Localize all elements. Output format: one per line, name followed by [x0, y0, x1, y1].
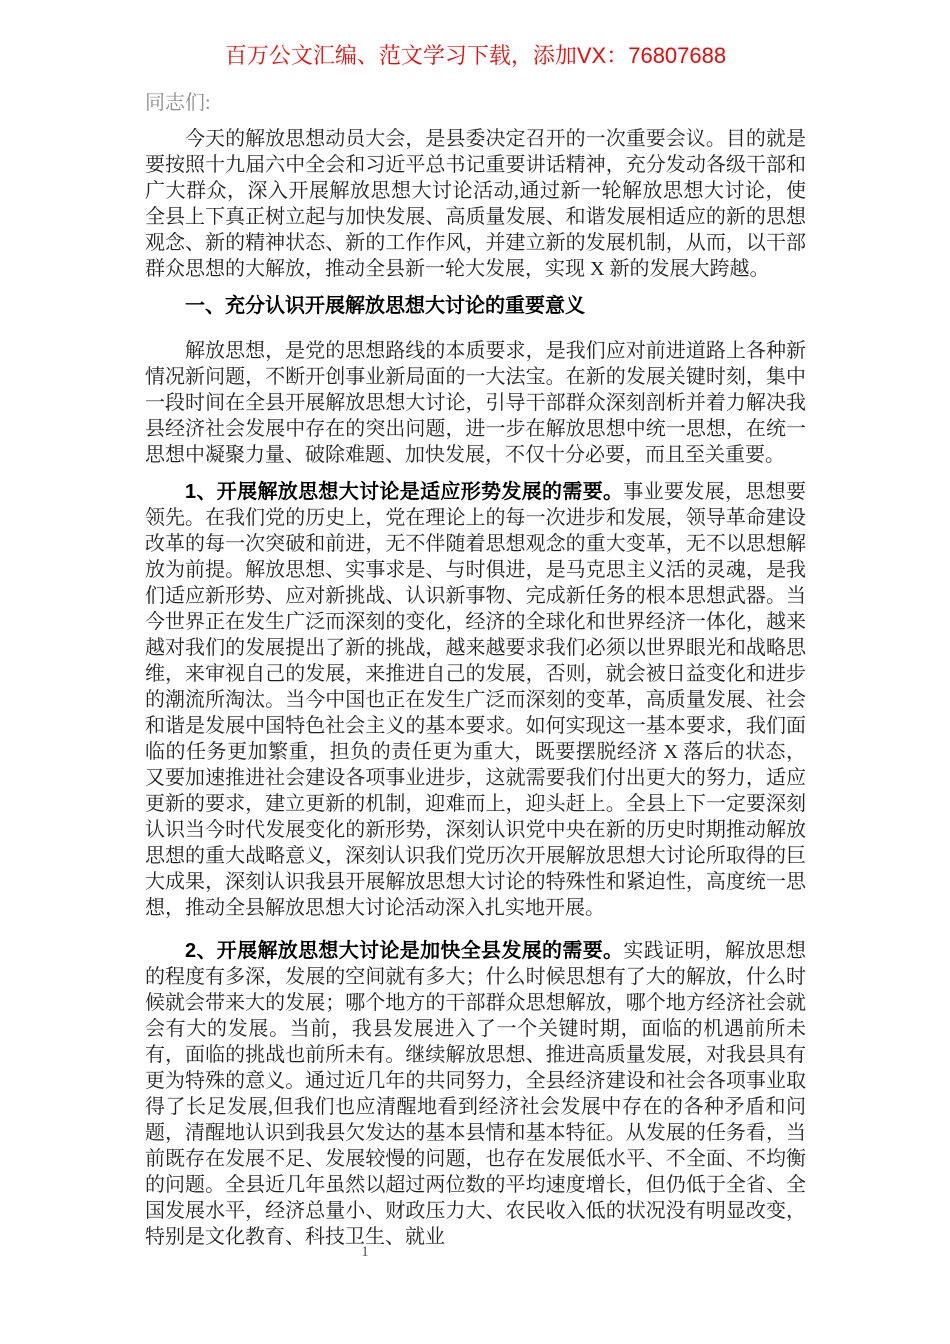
section1-heading: 一、充分认识开展解放思想大讨论的重要意义: [145, 293, 806, 319]
section1-lead-paragraph: 解放思想，是党的思想路线的本质要求，是我们应对前进道路上各种新情况新问题，不断开…: [145, 338, 806, 468]
intro-paragraph: 今天的解放思想动员大会，是县委决定召开的一次重要会议。目的就是要按照十九届六中全…: [145, 126, 806, 282]
page-number: 1: [350, 1242, 380, 1262]
point2-paragraph: 2、开展解放思想大讨论是加快全县发展的需要。实践证明，解放思想的程度有多深，发展…: [145, 938, 806, 1250]
watermark-notice: 百万公文汇编、范文学习下载，添加VX：76807688: [145, 42, 806, 70]
point2-body: 实践证明，解放思想的程度有多深，发展的空间就有多大；什么时候思想有了大的解放，什…: [145, 940, 806, 1248]
point1-lead: 1、开展解放思想大讨论是适应形势发展的需要。: [185, 481, 623, 503]
point1-paragraph: 1、开展解放思想大讨论是适应形势发展的需要。事业要发展，思想要领先。在我们党的历…: [145, 479, 806, 921]
point2-lead: 2、开展解放思想大讨论是加快全县发展的需要。: [185, 940, 623, 962]
point1-body: 事业要发展，思想要领先。在我们党的历史上，党在理论上的每一次进步和发展，领导革命…: [145, 481, 806, 919]
salutation: 同志们:: [145, 90, 806, 116]
document-page: 百万公文汇编、范文学习下载，添加VX：76807688 同志们: 今天的解放思想…: [145, 42, 806, 1250]
